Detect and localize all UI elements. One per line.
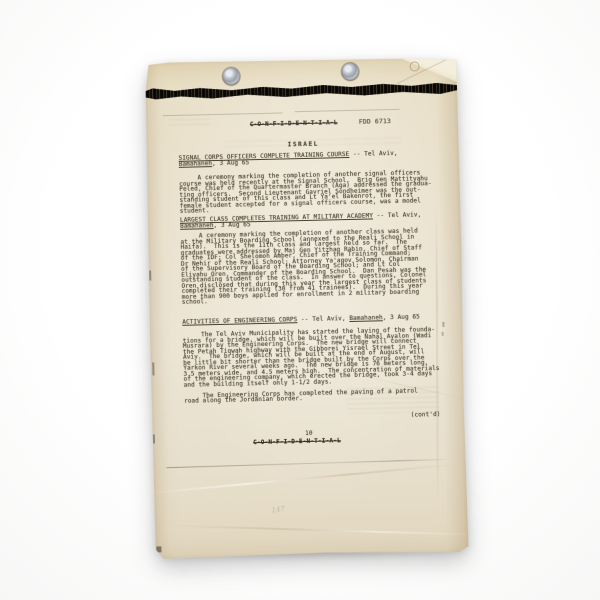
pencil-mark: 147 — [271, 505, 285, 515]
section-source: Bamahaneh — [179, 160, 213, 168]
footer-rule — [167, 459, 451, 468]
section-body-signal-corps: A ceremony marking the completion of ano… — [179, 170, 436, 214]
edge-stain — [156, 546, 161, 552]
faded-rule-left — [163, 112, 283, 116]
section-source: Bamahaneh — [349, 314, 383, 322]
fastener-grommet-left — [223, 67, 240, 84]
binding-tape-strip — [143, 81, 459, 100]
classification-stamp-struck: C-O-N-F-I-D-E-N-T-I-A-L — [250, 120, 338, 127]
section-heading-military-academy: LARGEST CLASS COMPLETES TRAINING AT MILI… — [180, 212, 436, 229]
section-location: -- Tel Aviv, — [297, 315, 349, 323]
section-body-military-academy: A ceremony marking the completion of ano… — [180, 228, 438, 305]
section-date: , 3 Aug 65 — [383, 313, 420, 321]
section-date: , 3 Aug 65 — [213, 221, 250, 229]
section-title: ACTIVITIES OF ENGINEERING CORPS — [182, 316, 297, 326]
typed-text-block: C-O-N-F-I-D-E-N-T-I-A-L FDD 6713 ISRAEL … — [178, 118, 434, 124]
pencil-smudge — [169, 118, 211, 128]
margin-tick — [442, 332, 444, 336]
document-page: C-O-N-F-I-D-E-N-T-I-A-L FDD 6713 ISRAEL … — [143, 56, 468, 560]
continuation-note: (cont'd) — [184, 412, 440, 423]
ghost-text-smudge — [347, 386, 440, 414]
margin-tick — [442, 322, 444, 327]
edge-mark — [153, 434, 155, 443]
fold-crease-line — [396, 55, 458, 84]
crease-line — [150, 524, 476, 535]
document-photo: C-O-N-F-I-D-E-N-T-I-A-L FDD 6713 ISRAEL … — [143, 56, 468, 560]
section-location: -- Tel Aviv, — [349, 150, 397, 158]
section-date: , 3 Aug 65 — [212, 159, 249, 167]
section-source: Bamahaneh — [180, 222, 214, 230]
document-number: FDD 6713 — [359, 119, 391, 125]
section-heading-signal-corps: SIGNAL CORPS OFFICERS COMPLETE TRAINING … — [179, 150, 435, 167]
section-location: -- Tel Aviv, — [373, 211, 421, 219]
photo-stage: C-O-N-F-I-D-E-N-T-I-A-L FDD 6713 ISRAEL … — [0, 0, 600, 600]
edge-mark — [152, 362, 154, 375]
edge-mark — [149, 271, 151, 281]
page-header: C-O-N-F-I-D-E-N-T-I-A-L FDD 6713 — [178, 118, 434, 132]
section-heading-engineering-corps: ACTIVITIES OF ENGINEERING CORPS -- Tel A… — [182, 314, 438, 325]
fastener-grommet-right — [341, 63, 358, 80]
faded-rule-right — [295, 109, 400, 112]
